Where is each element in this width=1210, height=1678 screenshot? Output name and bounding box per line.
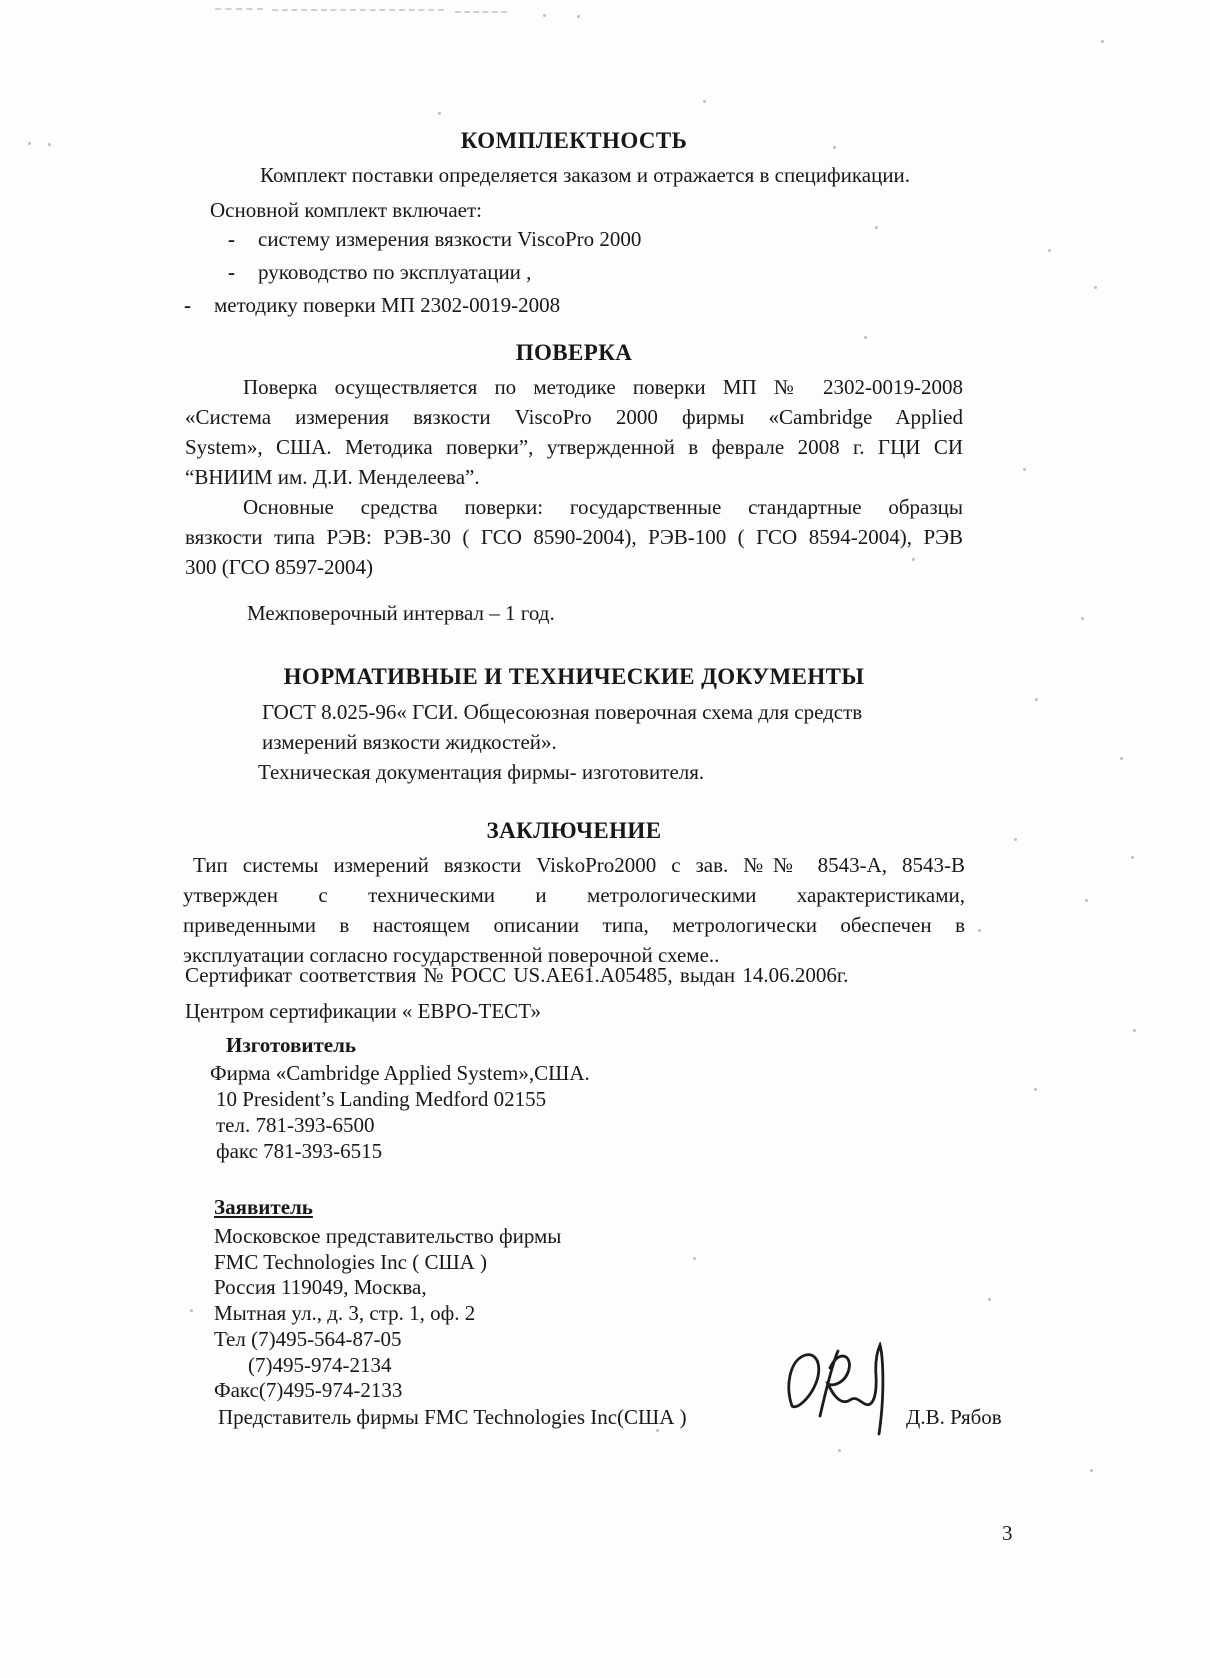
manufacturer-line: Фирма «Cambridge Applied System»,США. [210, 1060, 590, 1086]
representative-name: Д.В. Рябов [906, 1402, 1002, 1432]
manufacturer-block: Фирма «Cambridge Applied System»,США. 10… [210, 1060, 590, 1164]
poverka-paragraph-2: Основные средства поверки: государственн… [185, 492, 963, 582]
list-item-text: систему измерения вязкости ViscoPro 2000 [258, 224, 641, 255]
certificate-line: Сертификат соответствия № РОСС US.AE61.A… [185, 960, 965, 990]
bullet-dash: - [184, 290, 214, 321]
certification-center-line: Центром сертификации « ЕВРО-ТЕСТ» [185, 996, 541, 1026]
list-item-text: руководство по эксплуатации , [258, 257, 531, 288]
bullet-dash: - [228, 257, 258, 288]
poverka-paragraph-1: Поверка осуществляется по методике повер… [185, 372, 963, 492]
list-item: - руководство по эксплуатации , [228, 257, 968, 288]
paragraph-line: приведенными в настоящем описании типа, … [183, 910, 965, 940]
representative-line: Представитель фирмы FMC Technologies Inc… [218, 1402, 687, 1432]
section-heading-komplektnost: КОМПЛЕКТНОСТЬ [185, 128, 963, 154]
scan-artifact-dashes [215, 8, 263, 10]
normative-gost-block: ГОСТ 8.025-96« ГСИ. Общесоюзная поверочн… [262, 697, 927, 757]
komplektnost-list: - систему измерения вязкости ViscoPro 20… [228, 224, 968, 323]
list-item-text: методику поверки МП 2302-0019-2008 [214, 290, 560, 321]
list-item: - методику поверки МП 2302-0019-2008 [184, 290, 968, 321]
paragraph-line: «Система измерения вязкости ViscoPro 200… [185, 402, 963, 432]
list-item: - систему измерения вязкости ViscoPro 20… [228, 224, 968, 255]
paragraph-line: Тип системы измерений вязкости ViskoPro2… [183, 850, 965, 880]
paragraph-line: Поверка осуществляется по методике повер… [185, 372, 963, 402]
paragraph-line: вязкости типа РЭВ: РЭВ-30 ( ГСО 8590-200… [185, 522, 963, 552]
bullet-dash: - [228, 224, 258, 255]
applicant-heading: Заявитель [214, 1192, 313, 1222]
paragraph-line: Основные средства поверки: государственн… [185, 492, 963, 522]
paragraph-line: ГОСТ 8.025-96« ГСИ. Общесоюзная поверочн… [262, 697, 927, 727]
scan-artifact-dashes [272, 9, 444, 11]
applicant-line: FMC Technologies Inc ( США ) [214, 1250, 561, 1276]
paragraph-line: измерений вязкости жидкостей». [262, 727, 927, 757]
applicant-line: (7)495-974-2134 [214, 1353, 561, 1379]
applicant-line: Тел (7)495-564-87-05 [214, 1327, 561, 1353]
signature-scribble [782, 1342, 900, 1440]
section-heading-zakluchenie: ЗАКЛЮЧЕНИЕ [185, 818, 963, 844]
paragraph-line: System», США. Методика поверки”, утвержд… [185, 432, 963, 462]
scan-artifact-dashes [455, 11, 507, 13]
normative-tech-line: Техническая документация фирмы- изготови… [258, 757, 704, 787]
section-heading-normative: НОРМАТИВНЫЕ И ТЕХНИЧЕСКИЕ ДОКУМЕНТЫ [185, 664, 963, 690]
komplektnost-includes-label: Основной комплект включает: [210, 195, 970, 225]
paragraph-line: 300 (ГСО 8597-2004) [185, 552, 963, 582]
poverka-interval-line: Межповерочный интервал – 1 год. [247, 598, 555, 628]
komplektnost-intro: Комплект поставки определяется заказом и… [210, 160, 970, 190]
manufacturer-heading: Изготовитель [226, 1030, 356, 1060]
paragraph-line: “ВНИИМ им. Д.И. Менделеева”. [185, 462, 963, 492]
section-heading-poverka: ПОВЕРКА [185, 340, 963, 366]
manufacturer-line: 10 President’s Landing Medford 02155 [210, 1086, 590, 1112]
applicant-line: Факс(7)495-974-2133 [214, 1378, 561, 1404]
manufacturer-line: факс 781-393-6515 [210, 1138, 590, 1164]
zakluchenie-paragraph: Тип системы измерений вязкости ViskoPro2… [183, 850, 965, 970]
page-number: 3 [1002, 1518, 1013, 1548]
document-page: КОМПЛЕКТНОСТЬ Комплект поставки определя… [0, 0, 1210, 1678]
applicant-line: Мытная ул., д. 3, стр. 1, оф. 2 [214, 1301, 561, 1327]
manufacturer-line: тел. 781-393-6500 [210, 1112, 590, 1138]
applicant-line: Россия 119049, Москва, [214, 1275, 561, 1301]
applicant-block: Московское представительство фирмы FMC T… [214, 1224, 561, 1404]
paragraph-line: утвержден с техническими и метрологическ… [183, 880, 965, 910]
applicant-line: Московское представительство фирмы [214, 1224, 561, 1250]
